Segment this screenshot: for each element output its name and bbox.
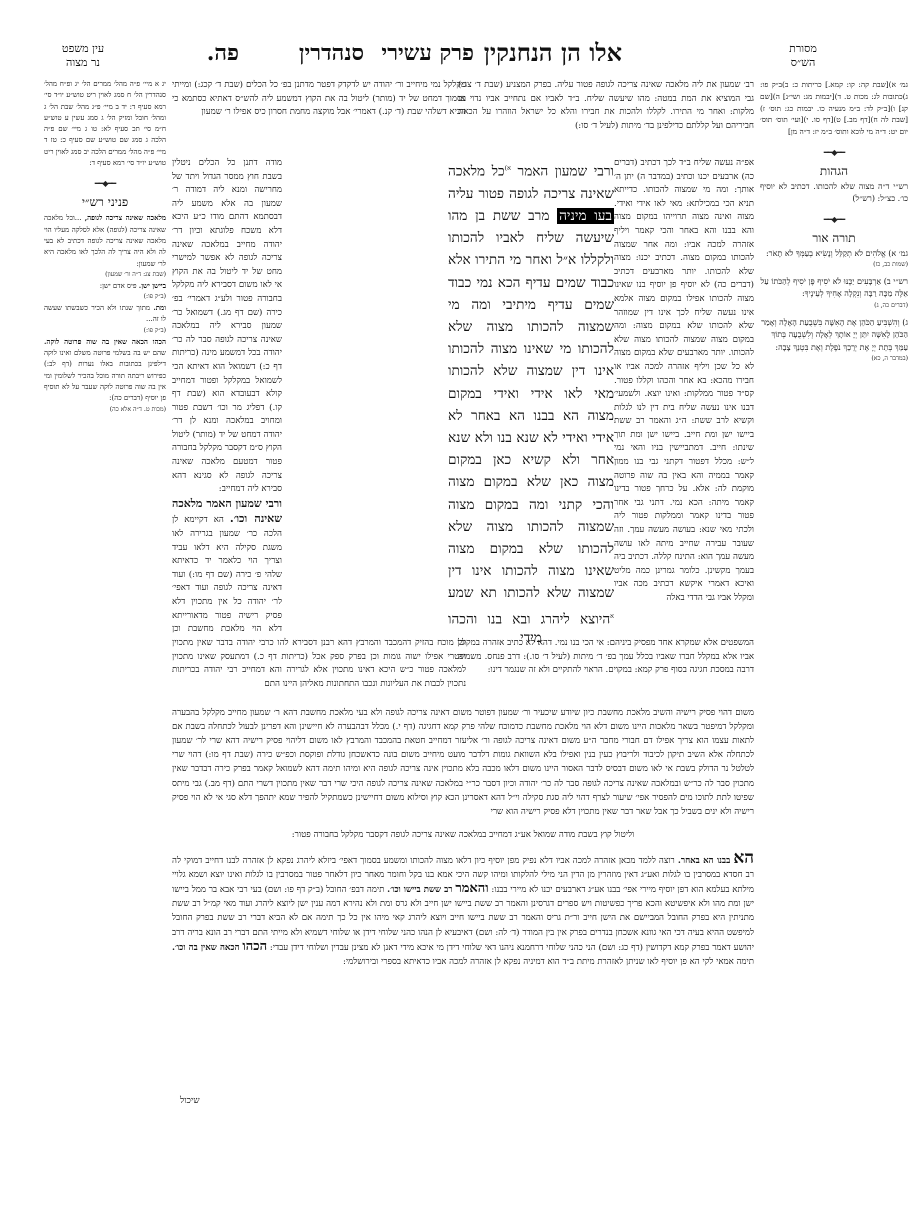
tosafot-heading-word: והאמר [455, 881, 488, 896]
folio-number: פה. [207, 40, 239, 66]
entry-source: (ב״ק פו:) [44, 292, 166, 302]
tosafot-heading: בבנו הא באחר. [678, 856, 730, 866]
torah-or-verse: רש״י ב) אַרְבָּעִים יַכֶּנּוּ לֹא יֹסִיף… [760, 276, 908, 301]
rashi-commentary-side: אפ״ה נעשה שליח ב״ד לכך דכתיב (דברים כה) … [614, 157, 754, 637]
entry-heading: הכהו הכאה שאין בה שוה פרוטה לוקה. [44, 337, 166, 346]
left-margin: יג א מיי׳ פ״ה מהל׳ ממרים הל׳ יג ופ״ח מהל… [44, 79, 166, 415]
entry-heading: ביישן ישן. [139, 281, 166, 290]
page-header: מסורת הש״ס אלו הן הנחנקין פרק עשירי סנהד… [0, 38, 914, 78]
ornament-divider: ━━◆━━ [760, 215, 908, 224]
peninei-rashi-entry: ומת. מתוך שנתו ולא הכיר כשבשתו שעשה לו ז… [44, 302, 166, 336]
tosafot-text: הא דקיימא לן הלכה כר׳ שמעון בגרירה לאו מ… [172, 515, 282, 637]
gemara-text: שמעון האמר [511, 164, 587, 180]
entry-source: (ב״ק פו:) [44, 326, 166, 336]
entry-heading: ומת. [153, 303, 166, 312]
torah-or-title: תורה אור [760, 230, 908, 246]
ornament-divider: ━━◆━━ [44, 179, 166, 188]
gemara-opening-word: ורבי [594, 164, 614, 180]
peninei-rashi-entry: מלאכה שאינה צריכה לגופה, ...וכל מלאכה שא… [44, 212, 166, 279]
peninei-rashi-title: פניני רש״י [44, 194, 166, 210]
highlighted-phrase: בעו מיניה [557, 208, 614, 224]
hagahot-title: הגהות [760, 163, 908, 179]
running-title: אלו הן הנחנקין [484, 38, 622, 68]
ornament-divider: ━━◆━━ [760, 148, 908, 157]
talmud-page: מסורת הש״ס אלו הן הנחנקין פרק עשירי סנהד… [0, 0, 914, 1213]
tosafot-text: משום דהוי פסיק רישיה והשיב מלאכת מחשבת כ… [172, 706, 754, 820]
rashi-text: רב׳ שמעון את ליה מלאכה שאינה צריכה לגופה… [458, 79, 754, 133]
torah-or-source: (במדבר ה, כא) [760, 354, 908, 364]
entry-source: (שבת צג: ד״ה ור׳ שמעון) [44, 270, 166, 280]
torah-or-source: (דברים כה, ג) [760, 301, 908, 311]
chapter-title: פרק עשירי [381, 40, 474, 66]
rashi-text: אפ״ה נעשה שליח ב״ד לכך דכתיב (דברים כה) … [614, 157, 754, 606]
tosafot-heading-word: הכהו [242, 939, 267, 954]
gemara-catchword: מידי [448, 627, 614, 649]
torah-or-source: (שמות כב, כז) [760, 260, 908, 270]
torah-or-verse: גמ׳ א) אֱלֹהִים לֹא תְקַלֵּל וְנָשִׂיא ב… [760, 248, 908, 260]
entry-text: פיס אדם ישן: [100, 282, 137, 290]
entry-heading: מלאכה שאינה צריכה לגופה, [85, 213, 166, 222]
tosafot-commentary-side: מודה דתנן כל הכלים ניטלין בשבת חוץ ממסר … [172, 157, 282, 637]
right-margin: גמ׳ א)[שבת קה: קו: קמא.] כריתות כ: ב)ב״ק… [760, 79, 908, 364]
peninei-rashi-entry: הכהו הכאה שאין בה שוה פרוטה לוקה. שהם יש… [44, 336, 166, 415]
tosafot-text: וליטול קוץ בשבת מודה שמואל אע״ג דמחייב ב… [172, 828, 754, 842]
rashi-commentary-top: רב׳ שמעון את ליה מלאכה שאינה צריכה לגופה… [458, 79, 754, 157]
citation-marker: א [610, 612, 614, 620]
masoret-hashas-text: גמ׳ א)[שבת קה: קו: קמא.] כריתות כ: ב)ב״ק… [760, 79, 908, 138]
gemara-text: מרב ששת בן מהו שיעשה שליח לאביו להכותו ו… [448, 208, 614, 601]
tosafot-paragraph: הא בבנו הא באחר. רוצה ללמד מכאן אזהרה למ… [172, 851, 754, 970]
hagahot-text: רש״י ד״ה מצוה שלא להכותו. דכתיב לא יוסיף… [760, 181, 908, 205]
peninei-rashi-entry: ביישן ישן. פיס אדם ישן: (ב״ק פו:) [44, 280, 166, 302]
tosafot-heading: רב ששת ביישו וכו׳. [387, 885, 452, 895]
tosafot-commentary-bottom: וכן מוכח בהזיק דהמכבד והמרבץ דהא רבנן דס… [172, 637, 466, 687]
entry-text: שהם יש בה בשלמי פרוטה משלם ואינו לוקה די… [44, 349, 166, 402]
gemara-text: היוצא ליהרג ובא בנו והכהו וקללו חייב בא … [448, 611, 614, 627]
ein-mishpat-text: יג א מיי׳ פ״ה מהל׳ ממרים הל׳ יג ופ״ח מהל… [44, 79, 166, 169]
tosafot-text: תימה אמאי לקי הא פן יוסיף לאו שניתן לאזה… [343, 957, 754, 967]
tosafot-heading-word: הא [733, 848, 754, 868]
gemara-main-text: ורבי שמעון האמר א)כל מלאכה שאינה צריכה ל… [448, 157, 614, 627]
tosafot-text: מקלקל נמי מיחייב ור׳ יהודה יש לדקדק דפטר… [172, 79, 466, 120]
tosafot-text: וכן מוכח בהזיק דהמכבד והמרבץ דהא רבנן דס… [172, 637, 466, 687]
page-catchword: שיכול [180, 1095, 200, 1106]
tosafot-commentary-top: מקלקל נמי מיחייב ור׳ יהודה יש לדקדק דפטר… [172, 79, 466, 157]
tosafot-heading: הכאה שאין בה וכו׳. [172, 943, 240, 953]
torah-or-verse: ג) וְהִשְׁבִּיעַ הַכֹּהֵן אֶת הָאִשָּׁה … [760, 317, 908, 354]
entry-text: מתוך שנתו ולא הכיר כשבשתו שעשה לו זה... [44, 304, 166, 323]
tractate-title: סנהדרין [299, 40, 364, 66]
tosafot-continuation: משום דהוי פסיק רישיה והשיב מלאכת מחשבת כ… [172, 697, 754, 978]
masoret-hashas-title: מסורת הש״ס [768, 42, 838, 70]
entry-source: (מכות ט. ד״ה אלא כה) [44, 405, 166, 415]
tosafot-text: מודה דתנן כל הכלים ניטלין בשבת חוץ ממסר … [172, 157, 282, 497]
ein-mishpat-title: עין משפט נר מצוה [48, 42, 118, 70]
